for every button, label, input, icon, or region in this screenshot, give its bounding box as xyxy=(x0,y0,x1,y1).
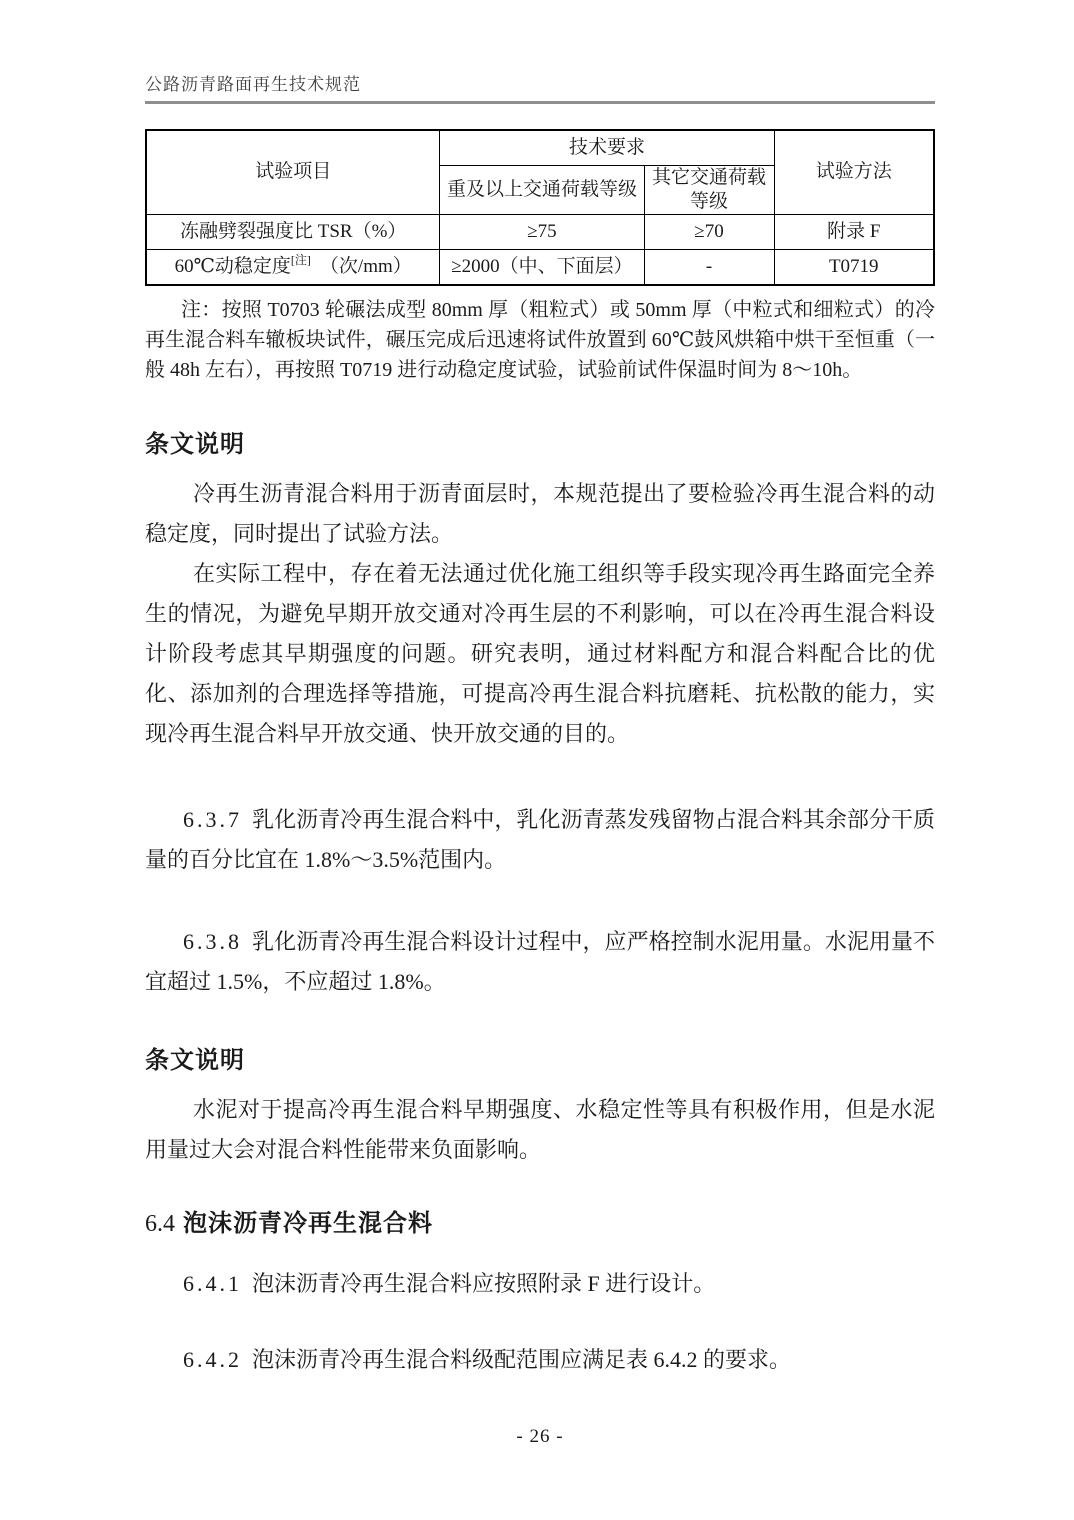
cell-item: 60℃动稳定度[注]（次/mm） xyxy=(146,249,440,285)
commentary-paragraph: 水泥对于提高冷再生混合料早期强度、水稳定性等具有积极作用，但是水泥用量过大会对混… xyxy=(145,1090,935,1170)
commentary-paragraph: 在实际工程中，存在着无法通过优化施工组织等手段实现冷再生路面完全养生的情况，为避… xyxy=(145,554,935,754)
cell-item: 冻融劈裂强度比 TSR（%） xyxy=(146,214,440,249)
table-row-tsr: 冻融劈裂强度比 TSR（%） ≥75 ≥70 附录 F xyxy=(146,214,934,249)
table-header-tech-req: 技术要求 xyxy=(440,130,774,166)
commentary-heading-2: 条文说明 xyxy=(145,1046,935,1076)
cell-method: T0719 xyxy=(774,249,934,285)
clause-number: 6.3.8 xyxy=(183,929,242,954)
commentary-heading-1: 条文说明 xyxy=(145,430,935,460)
running-head: 公路沥青路面再生技术规范 xyxy=(145,74,935,104)
clause-6-3-7: 6.3.7乳化沥青冷再生混合料中，乳化沥青蒸发残留物占混合料其余部分干质量的百分… xyxy=(145,800,935,880)
table-header-method: 试验方法 xyxy=(774,130,934,214)
clause-text: 乳化沥青冷再生混合料设计过程中，应严格控制水泥用量。水泥用量不宜超过 1.5%，… xyxy=(145,929,935,994)
clause-6-3-8: 6.3.8乳化沥青冷再生混合料设计过程中，应严格控制水泥用量。水泥用量不宜超过 … xyxy=(145,922,935,1002)
cell-method: 附录 F xyxy=(774,214,934,249)
table-header-row-1: 试验项目 技术要求 试验方法 xyxy=(146,130,934,166)
table-header-heavy-traffic: 重及以上交通荷载等级 xyxy=(440,166,644,215)
table-header-other-traffic: 其它交通荷载等级 xyxy=(644,166,774,215)
cell-other-value: - xyxy=(644,249,774,285)
section-heading-6-4: 6.4泡沫沥青冷再生混合料 xyxy=(145,1208,935,1240)
page-footer: - 26 - xyxy=(145,1426,935,1448)
table-note: 注：按照 T0703 轮碾法成型 80mm 厚（粗粒式）或 50mm 厚（中粒式… xyxy=(145,295,935,385)
clause-number: 6.4.2 xyxy=(183,1347,242,1372)
page-number: - 26 - xyxy=(516,1426,563,1447)
clause-text: 泡沫沥青冷再生混合料级配范围应满足表 6.4.2 的要求。 xyxy=(252,1347,791,1372)
cell-heavy-value: ≥2000（中、下面层） xyxy=(440,249,644,285)
section-title: 泡沫沥青冷再生混合料 xyxy=(183,1210,433,1237)
clause-6-4-1: 6.4.1泡沫沥青冷再生混合料应按照附录 F 进行设计。 xyxy=(145,1264,935,1304)
note-superscript: [注] xyxy=(291,253,311,267)
cell-item-text: 60℃动稳定度 xyxy=(175,256,291,277)
clause-number: 6.4.1 xyxy=(183,1271,242,1296)
document-title: 公路沥青路面再生技术规范 xyxy=(145,75,361,94)
clause-text: 泡沫沥青冷再生混合料应按照附录 F 进行设计。 xyxy=(252,1271,715,1296)
cell-heavy-value: ≥75 xyxy=(440,214,644,249)
commentary-paragraph: 冷再生沥青混合料用于沥青面层时，本规范提出了要检验冷再生混合料的动稳定度，同时提… xyxy=(145,474,935,554)
cell-other-value: ≥70 xyxy=(644,214,774,249)
table-row-dynamic-stability: 60℃动稳定度[注]（次/mm） ≥2000（中、下面层） - T0719 xyxy=(146,249,934,285)
clause-number: 6.3.7 xyxy=(183,807,242,832)
clause-text: 乳化沥青冷再生混合料中，乳化沥青蒸发残留物占混合料其余部分干质量的百分比宜在 1… xyxy=(145,807,935,872)
requirements-table: 试验项目 技术要求 试验方法 重及以上交通荷载等级 其它交通荷载等级 冻融劈裂强… xyxy=(145,129,935,286)
cell-item-unit: （次/mm） xyxy=(320,256,412,277)
section-number: 6.4 xyxy=(145,1211,175,1237)
table-header-item: 试验项目 xyxy=(146,130,440,214)
document-page: 公路沥青路面再生技术规范 试验项目 技术要求 试验方法 重及以上交通荷载等级 其… xyxy=(0,0,1074,1520)
clause-6-4-2: 6.4.2泡沫沥青冷再生混合料级配范围应满足表 6.4.2 的要求。 xyxy=(145,1340,935,1380)
